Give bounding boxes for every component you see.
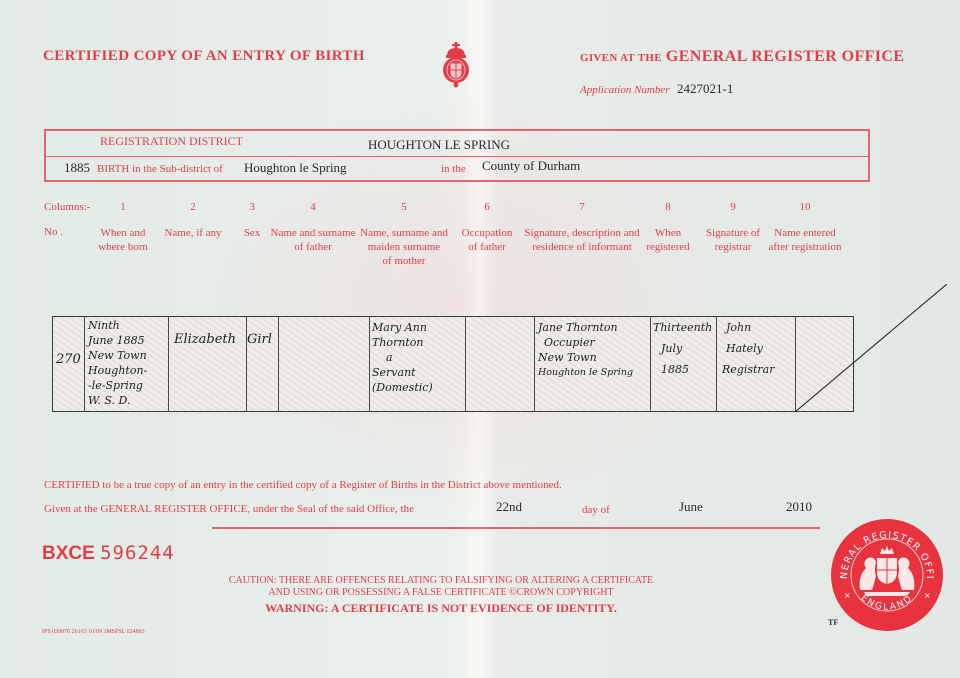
subdistrict-label: BIRTH in the Sub-district of — [97, 163, 223, 175]
column-number: 10 — [800, 201, 811, 213]
cancellation-line — [795, 284, 947, 412]
certification-year: 2010 — [786, 499, 812, 515]
serial-prefix: BXCE — [42, 543, 95, 564]
column-header-sex: Sex — [244, 226, 261, 240]
column-number: 4 — [310, 201, 316, 213]
certification-statement: CERTIFIED to be a true copy of an entry … — [44, 479, 562, 491]
entry-when-where-born: Ninth June 1885 New Town Houghton- -le-S… — [88, 318, 147, 408]
given-at-statement: Given at the GENERAL REGISTER OFFICE, un… — [44, 503, 414, 515]
certificate-serial-number: BXCE 596244 — [42, 542, 175, 565]
entry-divider — [168, 316, 169, 412]
certification-day: 22nd — [496, 499, 522, 515]
column-number: 8 — [665, 201, 671, 213]
column-header-father-name: Name and surnameof father — [271, 226, 356, 254]
general-register-office-seal-icon: GENERAL REGISTER OFFICE ENGLAND × × — [830, 518, 944, 632]
office-name: GENERAL REGISTER OFFICE — [666, 48, 905, 65]
entry-divider — [650, 316, 651, 412]
application-number: 2427021-1 — [677, 81, 733, 97]
column-header-mother-name: Name, surname andmaiden surnameof mother — [360, 226, 448, 268]
columns-label: Columns:- — [44, 201, 90, 213]
column-header-when-registered: Whenregistered — [646, 226, 689, 254]
svg-text:×: × — [924, 591, 931, 600]
in-the-label: in the — [441, 163, 466, 175]
entry-divider — [369, 316, 370, 412]
column-header-father-occupation: Occupationof father — [462, 226, 513, 254]
entry-divider — [84, 316, 85, 412]
certificate-title: CERTIFIED COPY OF AN ENTRY OF BIRTH — [43, 48, 365, 65]
caution-notice: CAUTION: THERE ARE OFFENCES RELATING TO … — [222, 575, 660, 599]
no-column-header: No . — [44, 226, 63, 238]
certification-rule — [212, 527, 820, 529]
entry-divider — [534, 316, 535, 412]
entry-divider — [465, 316, 466, 412]
registration-district-value: HOUGHTON LE SPRING — [368, 137, 510, 153]
issuing-office-title: GIVEN AT THE GENERAL REGISTER OFFICE — [580, 48, 904, 66]
column-header-name: Name, if any — [164, 226, 221, 240]
serial-digits: 596244 — [100, 542, 175, 564]
svg-text:×: × — [844, 591, 851, 600]
column-number: 2 — [190, 201, 196, 213]
entry-divider — [246, 316, 247, 412]
given-at-label: GIVEN AT THE — [580, 52, 662, 64]
entry-informant: Jane Thornton Occupier New Town Houghton… — [538, 320, 633, 380]
registration-district-label: REGISTRATION DISTRICT — [100, 134, 243, 149]
entry-child-name: Elizabeth — [174, 332, 236, 347]
entry-divider — [716, 316, 717, 412]
entry-mother: Mary Ann Thornton a Servant (Domestic) — [372, 320, 433, 395]
column-number: 9 — [730, 201, 736, 213]
entry-number: 270 — [56, 352, 81, 367]
registration-year: 1885 — [64, 160, 90, 176]
identity-warning: WARNING: A CERTIFICATE IS NOT EVIDENCE O… — [222, 601, 660, 616]
column-number: 5 — [401, 201, 407, 213]
column-header-registrar-signature: Signature ofregistrar — [706, 226, 760, 254]
column-number: 7 — [579, 201, 585, 213]
entry-registrar-signature: John Hately Registrar — [722, 320, 775, 377]
entry-sex: Girl — [247, 332, 272, 347]
column-header-name-after-registration: Name enteredafter registration — [769, 226, 842, 254]
county-value: County of Durham — [482, 158, 580, 174]
column-number: 6 — [484, 201, 490, 213]
column-header-when-where-born: When andwhere born — [98, 226, 148, 254]
column-number: 1 — [120, 201, 126, 213]
certification-month: June — [679, 499, 703, 515]
subdistrict-value: Houghton le Spring — [244, 160, 347, 176]
entry-divider — [278, 316, 279, 412]
royal-crest-icon — [441, 42, 471, 88]
day-of-label: day of — [582, 504, 610, 516]
print-code: IPS 039876 26163 10/09 3MSPSL 024863 — [42, 629, 145, 635]
entry-when-registered: Thirteenth July 1885 — [653, 320, 712, 377]
column-header-informant: Signature, description andresidence of i… — [524, 226, 639, 254]
column-number: 3 — [249, 201, 255, 213]
application-number-label: Application Number — [580, 84, 670, 96]
